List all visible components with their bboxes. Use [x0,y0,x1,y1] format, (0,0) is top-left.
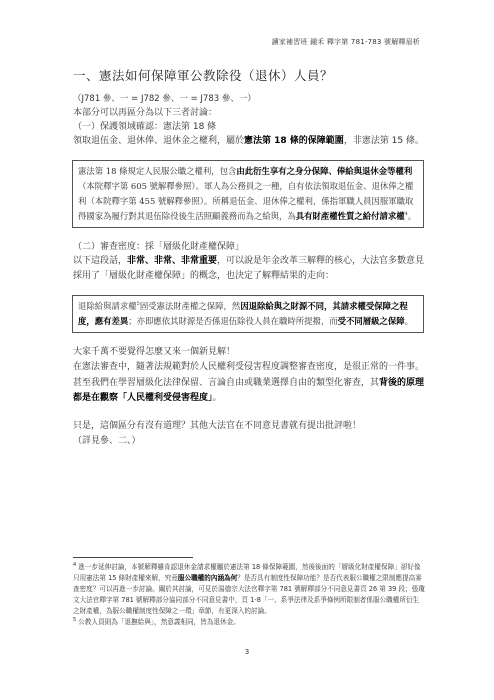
part1-text: 領取退伍金、退休俸、退休金之權利，屬於憲法第 18 條的保障範圍，非憲法第 15… [73,134,425,150]
main-content: 一、憲法如何保障軍公教除役（退休）人員？ （J781 參、一 = J782 參、… [73,66,425,450]
part1-heading: （一）保護領域確認：憲法第 18 條 [73,120,425,134]
footnote-separator [73,557,193,558]
page-number: 3 [0,648,494,656]
footnote-4: 4 進一步延伸討論，本號解釋雖肯認退休金請求權屬於憲法第 18 條保障範圍，然後… [73,562,425,617]
footnote-5: 5 公教人員則為「退撫給與」，然意義相同，皆為退休金。 [73,617,425,628]
part2-text: 以下這段話，非常、非常、非常重要，可以說是年金改革三解釋的核心，大法官多數意見採… [73,254,425,285]
part2-heading: （二）審查密度：採「層級化財產權保障」 [73,240,425,254]
intro-text: 本部分可以再區分為以下三者討論： [73,106,425,120]
section-title: 一、憲法如何保障軍公教除役（退休）人員？ [73,66,425,84]
closing-line2: （詳見參、二、） [73,434,425,450]
quote-box-2: 退除給與請求權5固受憲法財產權之保障，然因退除給與之財源不同，其請求權受保障之程… [72,295,424,333]
commentary-line1: 大家千萬不要覺得怎麼又來一個新見解！ [73,345,425,361]
footnotes: 4 進一步延伸討論，本號解釋雖肯認退休金請求權屬於憲法第 18 條保障範圍，然後… [73,557,425,628]
closing-line1: 只是，這個區分有沒有道理？其他大法官在不同意見書就有提出批評啦！ [73,419,425,435]
part1-emphasis: 憲法第 18 條的保障範圍 [244,136,344,146]
running-header: 讀家補習班 鍾禾 釋字第 781-783 號解釋眉析 [272,37,420,47]
quote-box-1: 憲法第 18 條規定人民服公職之權利，包含由此衍生享有之身分保障、俸給與退休金等… [72,160,424,228]
commentary-text: 在憲法審查中，隨著法規範對於人民權利受侵害程度調整審查密度，是很正常的一件事。甚… [73,360,425,407]
document-page: 讀家補習班 鍾禾 釋字第 781-783 號解釋眉析 一、憲法如何保障軍公教除役… [0,0,494,700]
cross-reference: （J781 參、一 = J782 參、一 = J783 參、一） [73,92,425,106]
